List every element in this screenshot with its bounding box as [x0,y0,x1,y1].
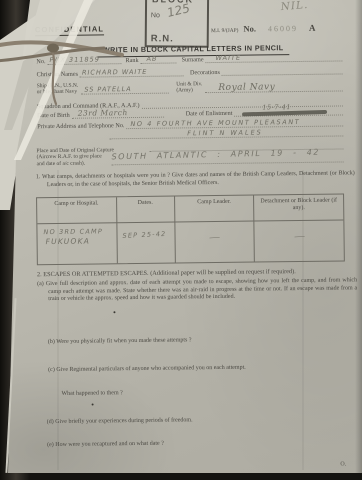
dob-label: Date of Birth [37,112,72,119]
decorations-label: Decorations [184,69,222,76]
surname-field: WAITE [205,52,342,63]
table-header-leader: Camp Leader. [175,196,255,223]
surname-label: Surname [177,56,206,63]
table-cell-leader: — [175,222,255,263]
christian-names-value: RICHARD WAITE [82,68,148,77]
table-header-camp: Camp or Hospital. [37,197,117,224]
christian-names-label: Christian Names [37,71,81,79]
table-header-dates: Dates. [117,197,175,224]
form-line-ship-unit: Ship (R.N., U.S.N. or Merchant Navy SS P… [37,79,343,95]
ref-prefix: M.I. 9/(JAP) [211,28,238,34]
no-label: No. [36,58,47,65]
pencil-dot [92,404,94,406]
capture-label: Place and Date of Original Capture (Airc… [36,147,114,167]
camps-table: Camp or Hospital. Dates. Camp Leader. De… [36,193,345,265]
document-photo: CONFIDENTIAL BLOCK No R.N. 125 M.I. 9/(J… [0,0,362,480]
no-value: P/JX 311859 [49,55,99,64]
unit-div-label: Unit & Div. (Army) [168,81,204,94]
corner-pencil-mark: O. [340,461,346,467]
stamp-line-no: No [151,12,160,19]
form-reference-line: M.I. 9/(JAP) No. 46009 A [211,23,316,34]
ship-value: SS PATELLA [84,85,132,94]
enlistment-value: 15-7-41 [262,103,291,111]
block-leader-dash: — [294,231,305,243]
rank-field: AB [140,54,176,63]
unit-div-field: Royal Navy [204,83,342,94]
question-2e-text: (e) How were you recaptured and on what … [47,441,164,450]
leader-dash: — [209,232,220,244]
question-2d-text: (d) Give briefly your experiences during… [47,417,193,426]
question-2c-followup-text: What happened to them ? [61,390,122,398]
ship-label: Ship (R.N., U.S.N. or Merchant Navy [37,83,81,96]
question-2c-text: (c) Give Regimental particulars of anyon… [48,365,246,375]
address-field-line2: FLINT N WALES [109,127,343,139]
table-cell-camp: NO 3RD CAMP FUKUOKA [37,223,117,264]
form-line-address-2: FLINT N WALES [109,127,343,139]
table-cell-block-leader: — [255,220,344,261]
camp-value-line1: NO 3RD CAMP [43,227,103,236]
ship-field: SS PATELLA [80,85,168,95]
question-2a-text: (a) Give full description and approx. da… [37,277,357,304]
confidential-stamp: CONFIDENTIAL [35,24,104,36]
nil-annotation: NIL. [280,0,309,13]
rank-label: Rank [121,57,140,64]
form-line-number-rank-surname: No. P/JX 311859 Rank AB Surname WAITE [36,52,342,65]
decorations-field [222,65,343,75]
surname-value: WAITE [215,54,241,62]
dob-field: 23rd March [72,109,164,119]
address-label: Private Address and Telephone No. [37,122,126,130]
form-serial-number: 46009 [268,24,298,33]
no-field: P/JX 311859 [47,55,121,65]
question-1-text: 1. What camps, detachments or hospitals … [36,170,355,189]
capture-dotted-line-2 [112,160,344,165]
christian-names-field: RICHARD WAITE [80,67,184,77]
camp-value-line2: FUKUOKA [46,237,91,247]
address-value-line2: FLINT N WALES [187,128,263,137]
registry-stamp-box: BLOCK No R.N. 125 [145,0,209,48]
dates-value: SEP 25-42 [122,230,166,240]
stamp-line-rn: R.N. [151,33,174,44]
enlistment-label: Date of Enlistment [164,110,235,118]
question-2b-text: (b) Were you physically fit when you mad… [48,337,192,346]
table-header-block-leader: Detachment or Block Leader (if any). [254,194,343,221]
rank-value: AB [146,55,157,63]
unit-div-value: Royal Navy [218,83,275,94]
table-cell-dates: SEP 25-42 [117,223,176,264]
form-content: CONFIDENTIAL BLOCK No R.N. 125 M.I. 9/(J… [0,0,362,480]
pencil-dot [113,311,115,313]
address-value-line1: NO 4 FOURTH AVE MOUNT PLEASANT [130,118,300,128]
form-line-names-decorations: Christian Names RICHARD WAITE Decoration… [36,65,342,78]
form-series-letter: A [309,23,316,33]
ref-no-symbol: No. [243,24,256,34]
enlistment-field: 15-7-41 [234,106,343,116]
dob-value: 23rd March [78,108,128,118]
capture-value: SOUTH ATLANTIC : APRIL 19 - 42 [111,148,320,162]
